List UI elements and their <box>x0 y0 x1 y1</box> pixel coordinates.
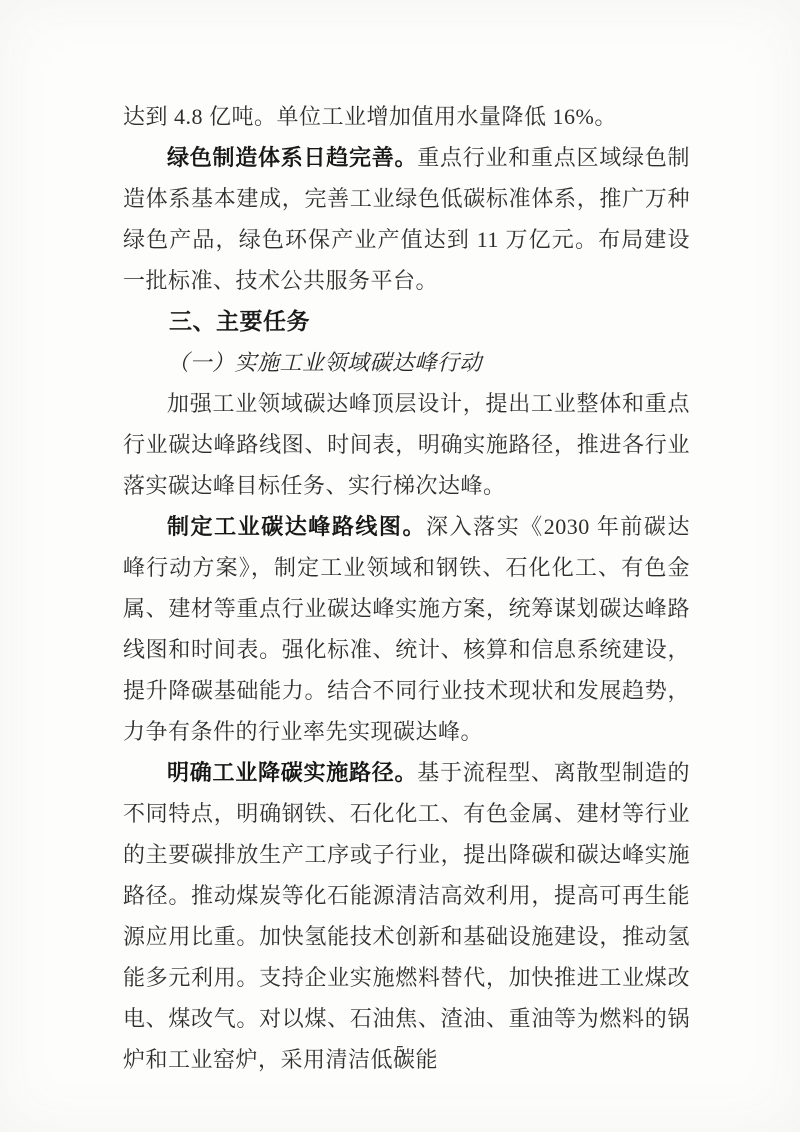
subsection-heading-carbon-peak-action: （一）实施工业领域碳达峰行动 <box>123 342 690 383</box>
paragraph-carbon-peak-roadmap: 制定工业碳达峰路线图。深入落实《2030 年前碳达峰行动方案》，制定工业领域和钢… <box>123 506 690 752</box>
paragraph-carbon-peak-roadmap-text: 深入落实《2030 年前碳达峰行动方案》，制定工业领域和钢铁、石化化工、有色金属… <box>123 514 690 744</box>
paragraph-carbon-reduction-path-lead: 明确工业降碳实施路径。 <box>167 760 417 785</box>
paragraph-water-usage-continuation: 达到 4.8 亿吨。单位工业增加值用水量降低 16%。 <box>123 96 690 137</box>
section-heading-main-tasks: 三、主要任务 <box>123 301 690 342</box>
paragraph-green-manufacturing-system: 绿色制造体系日趋完善。重点行业和重点区域绿色制造体系基本建成，完善工业绿色低碳标… <box>123 137 690 301</box>
document-page: 达到 4.8 亿吨。单位工业增加值用水量降低 16%。绿色制造体系日趋完善。重点… <box>0 0 800 1132</box>
section-heading-main-tasks-text: 三、主要任务 <box>169 308 310 334</box>
paragraph-carbon-peak-roadmap-lead: 制定工业碳达峰路线图。 <box>167 514 426 539</box>
paragraph-top-level-design: 加强工业领域碳达峰顶层设计，提出工业整体和重点行业碳达峰路线图、时间表，明确实施… <box>123 383 690 506</box>
paragraph-water-usage-continuation-text: 达到 4.8 亿吨。单位工业增加值用水量降低 16%。 <box>123 104 617 129</box>
paragraph-top-level-design-text: 加强工业领域碳达峰顶层设计，提出工业整体和重点行业碳达峰路线图、时间表，明确实施… <box>123 391 690 498</box>
paragraph-carbon-reduction-path: 明确工业降碳实施路径。基于流程型、离散型制造的不同特点，明确钢铁、石化化工、有色… <box>123 752 690 1080</box>
document-body: 达到 4.8 亿吨。单位工业增加值用水量降低 16%。绿色制造体系日趋完善。重点… <box>123 96 690 1080</box>
paragraph-carbon-reduction-path-text: 基于流程型、离散型制造的不同特点，明确钢铁、石化化工、有色金属、建材等行业的主要… <box>123 760 690 1072</box>
page-number: 5 <box>0 1042 800 1062</box>
subsection-heading-carbon-peak-action-text: （一）实施工业领域碳达峰行动 <box>167 350 482 375</box>
paragraph-green-manufacturing-system-lead: 绿色制造体系日趋完善。 <box>167 145 417 170</box>
